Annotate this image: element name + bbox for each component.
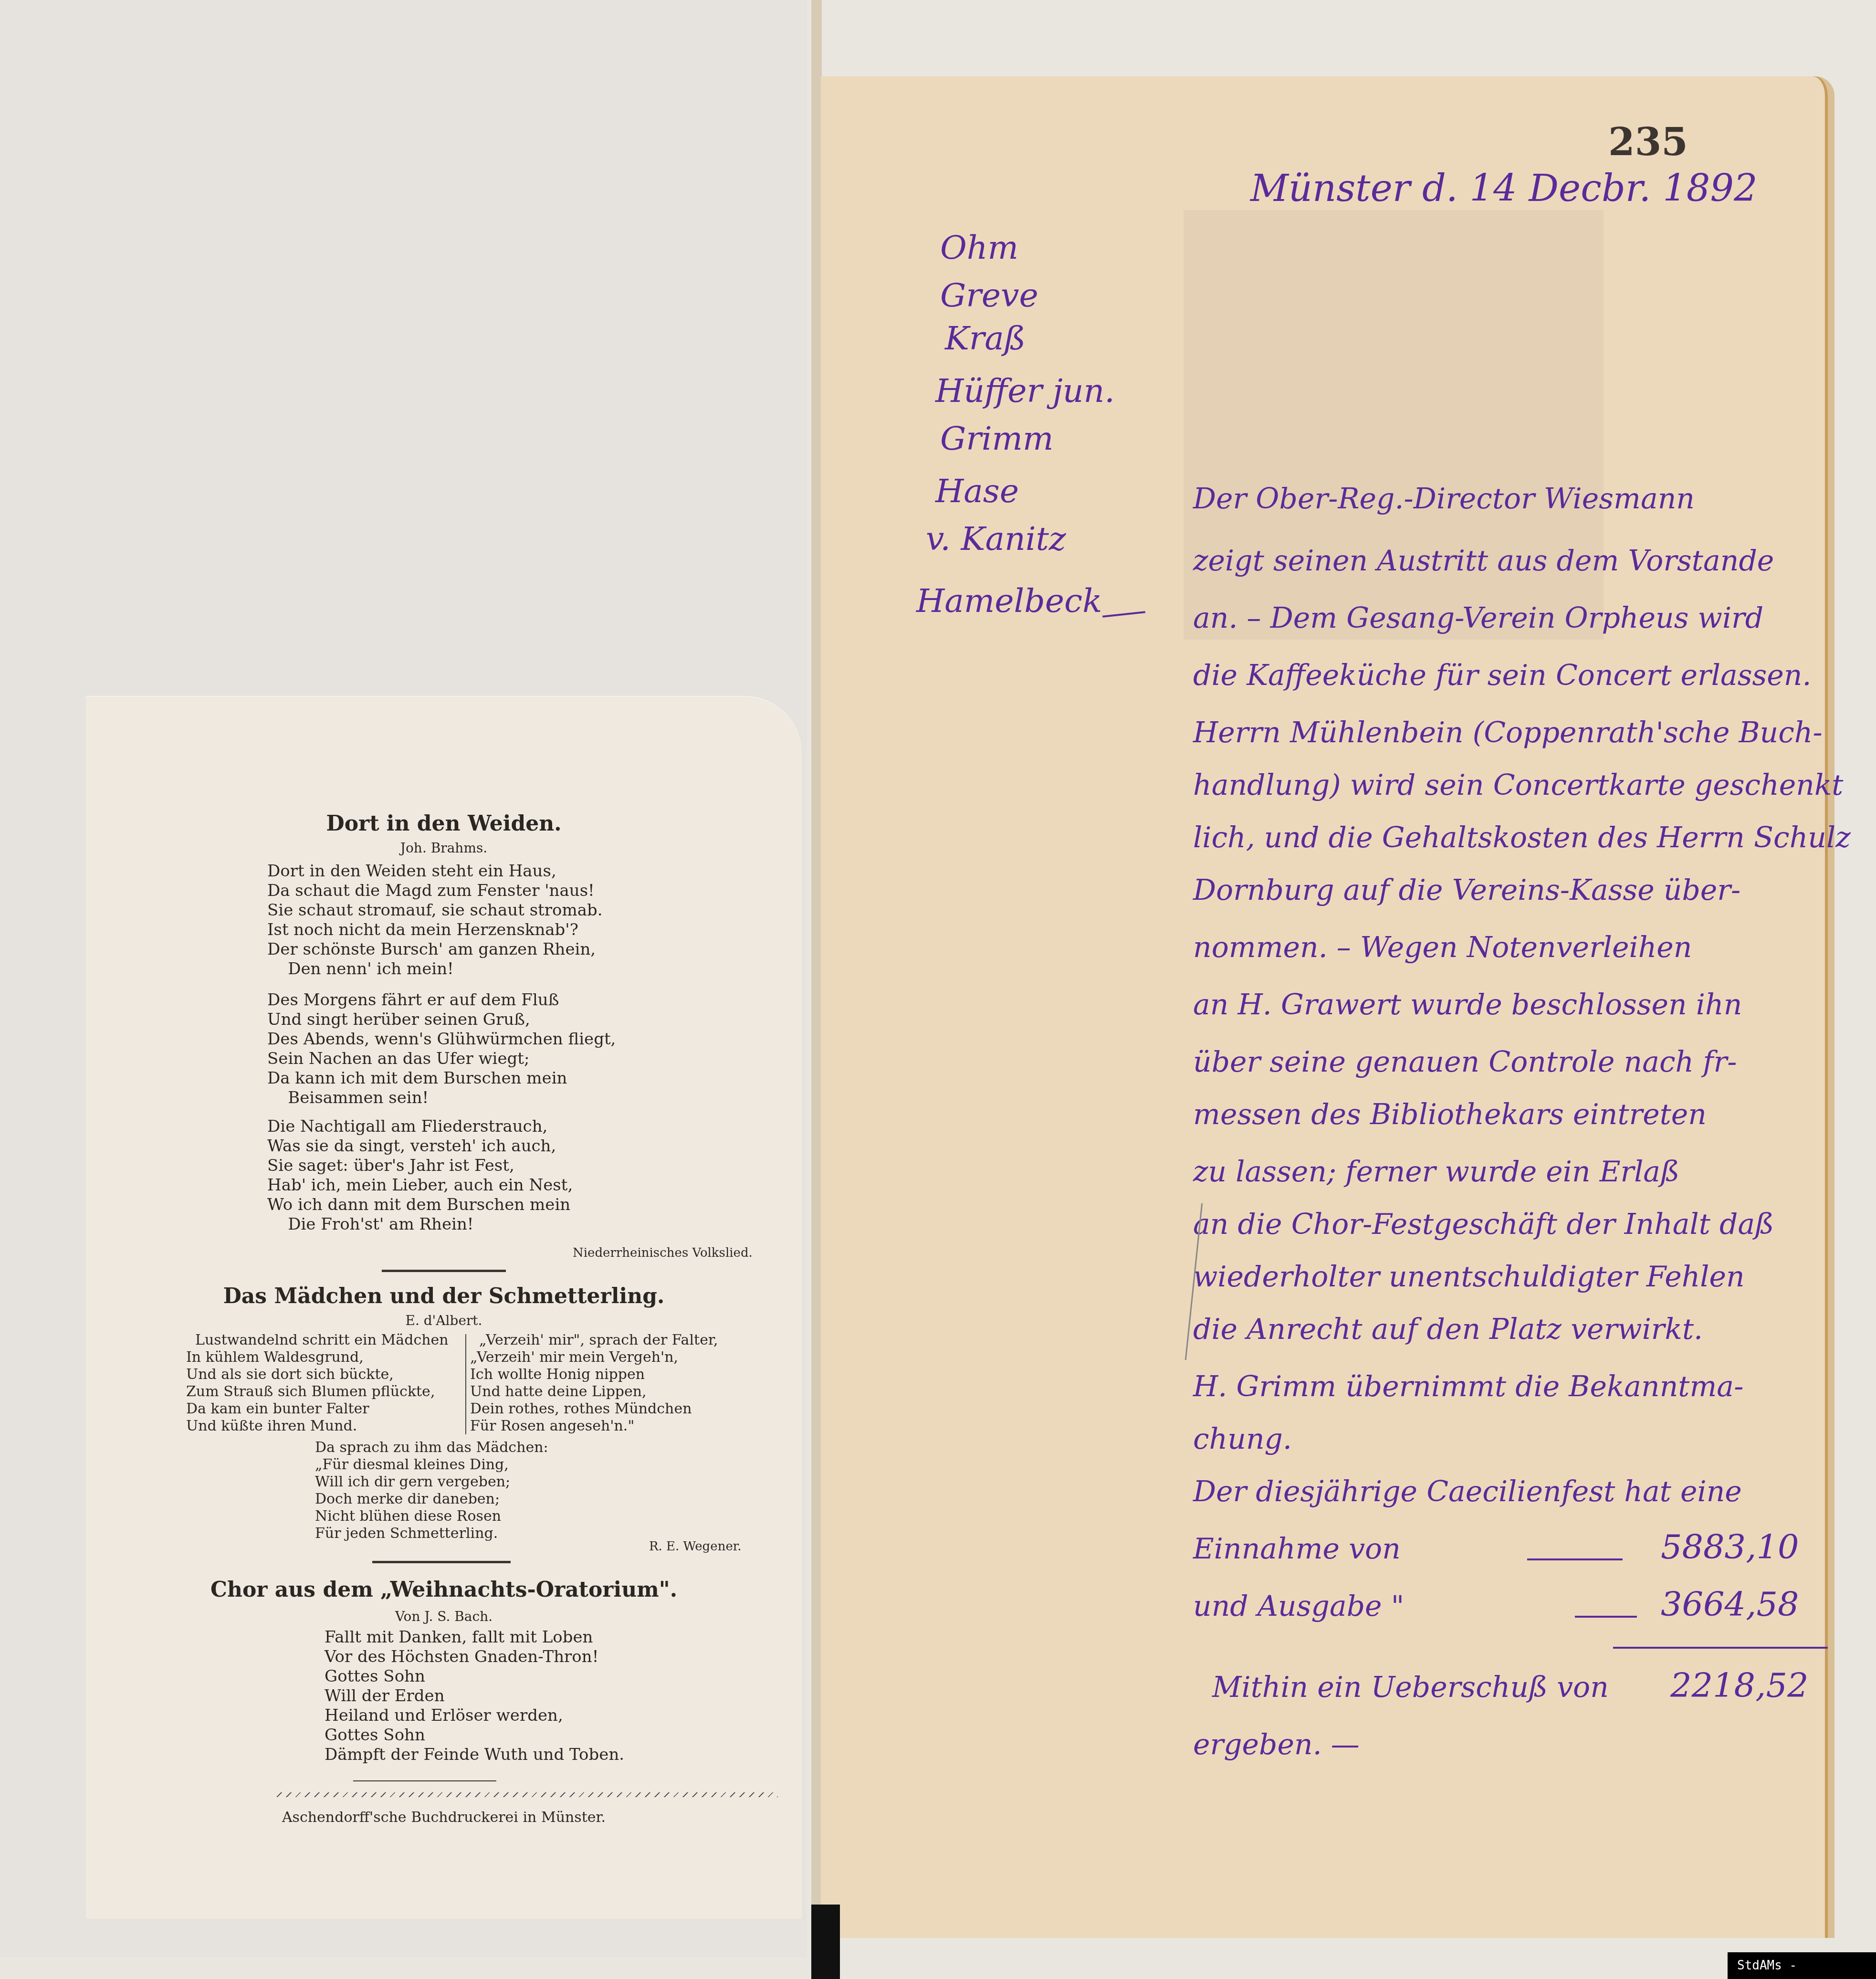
song-attribution: Niederrheinisches Volkslied. [573,1246,753,1260]
minutes-line: H. Grimm übernimmt die Bekanntma- [1193,1370,1743,1403]
minutes-line: messen des Bibliothekars eintreten [1193,1098,1707,1131]
song-composer: Joh. Brahms. [86,840,802,856]
song-composer: Von J. S. Bach. [86,1609,802,1624]
sum-rule [1613,1647,1828,1649]
song-composer: E. d'Albert. [86,1313,802,1328]
printer-imprint: Aschendorff'sche Buchdruckerei in Münste… [86,1809,802,1826]
minutes-line: Der diesjährige Caecilienfest hat eine [1193,1475,1742,1508]
minutes-line: an. – Dem Gesang-Verein Orpheus wird [1193,601,1763,635]
attendee: Kraß [945,320,1026,358]
archive-label: StdAMs - MV_004_337 [1728,1952,1876,1979]
minutes-line: Dornburg auf die Vereins-Kasse über- [1193,874,1740,907]
minutes-line: Herrn Mühlenbein (Coppenrath'sche Buch- [1193,716,1823,749]
attendee: Hase [935,473,1019,510]
minutes-line: über seine genauen Controle nach fr- [1193,1045,1737,1079]
song-stanza: Die Nachtigall am Fliederstrauch, Was si… [267,1117,573,1234]
page-number: 235 [1608,119,1688,164]
song-lines: Fallt mit Danken, fallt mit Loben Vor de… [325,1628,624,1765]
minutes-line: handlung) wird sein Concertkarte geschen… [1193,768,1843,802]
minutes-line: chung. [1193,1422,1292,1456]
ornament-rule [353,1780,496,1781]
divider-rule [382,1270,506,1272]
attendee: Grimm [940,420,1054,458]
leader-dash [1527,1558,1623,1560]
divider-rule [372,1561,511,1563]
spine-shadow [811,1905,840,1979]
song-title: Chor aus dem „Weihnachts-Oratorium". [86,1578,802,1602]
leader-dash [1575,1616,1637,1618]
column-divider [465,1334,466,1434]
attendee: Ohm [940,229,1018,267]
ledger-page: 235 Münster d. 14 Decbr. 1892 Ohm Greve … [821,76,1834,1938]
minutes-line: nommen. – Wegen Notenverleihen [1193,931,1692,964]
song-stanza: Dort in den Weiden steht ein Haus, Da sc… [267,862,603,979]
income-value: 5883,10 [1661,1527,1799,1567]
attendee: Hüffer jun. [935,372,1115,410]
song-closing: Da sprach zu ihm das Mädchen: „Für diesm… [315,1439,548,1542]
surplus-value: 2218,52 [1670,1666,1808,1705]
song-title: Das Mädchen und der Schmetterling. [86,1284,802,1308]
closing-text: ergeben. — [1193,1728,1360,1761]
concert-program: Dort in den Weiden. Joh. Brahms. Dort in… [86,697,802,1919]
attendee: Hamelbeck [916,582,1102,620]
song-title: Dort in den Weiden. [86,811,802,836]
bracket-stroke [1102,611,1145,617]
minutes-line: Der Ober-Reg.-Director Wiesmann [1193,482,1695,516]
minutes-line: an die Chor-Festgeschäft der Inhalt daß [1193,1208,1774,1241]
income-label: Einnahme von [1193,1532,1401,1566]
book-gutter [811,0,822,1979]
wavy-border [277,1792,778,1797]
meeting-date: Münster d. 14 Decbr. 1892 [1250,167,1758,210]
minutes-line: zeigt seinen Austritt aus dem Vorstande [1193,544,1774,578]
minutes-line: wiederholter unentschuldigter Fehlen [1193,1260,1745,1294]
minutes-line: die Anrecht auf den Platz verwirkt. [1193,1313,1703,1346]
song-stanza: Des Morgens fährt er auf dem Fluß Und si… [267,990,616,1108]
expense-value: 3664,58 [1661,1585,1799,1624]
attendee: Greve [940,277,1038,315]
minutes-line: zu lassen; ferner wurde ein Erlaß [1193,1155,1679,1189]
song-right-column: „Verzeih' mir", sprach der Falter, „Verz… [470,1332,718,1435]
expense-label: und Ausgabe " [1193,1590,1404,1623]
surplus-label: Mithin ein Ueberschuß von [1212,1671,1609,1704]
attendee: v. Kanitz [926,520,1066,558]
song-left-column: Lustwandelnd schritt ein Mädchen In kühl… [186,1332,449,1435]
minutes-line: die Kaffeeküche für sein Concert erlasse… [1193,659,1812,692]
song-attribution: R. E. Wegener. [649,1539,742,1554]
minutes-line: lich, und die Gehaltskosten des Herrn Sc… [1193,821,1851,854]
minutes-line: an H. Grawert wurde beschlossen ihn [1193,988,1742,1021]
